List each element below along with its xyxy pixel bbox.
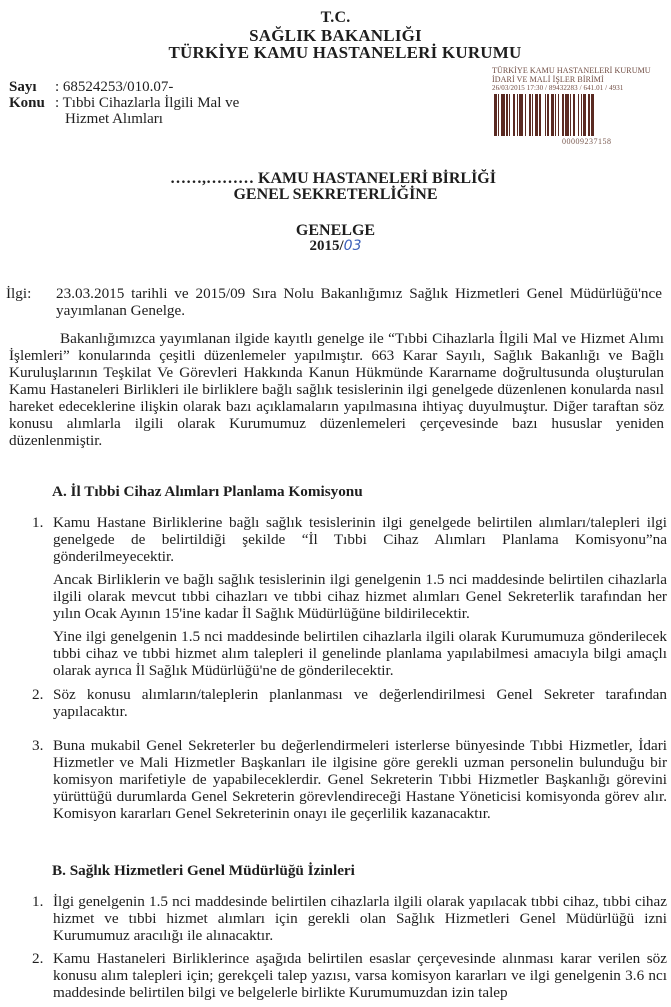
section-a-item-1-para-2: Ancak Birliklerin ve bağlı sağlık tesisl… — [53, 571, 667, 622]
body-paragraph: Bakanlığımızca yayımlanan ilgide kayıtlı… — [9, 330, 664, 449]
reference-number: Sayı: 68524253/010.07- — [9, 79, 173, 95]
section-a-item-2: Söz konusu alımların/taleplerin planlanm… — [53, 686, 667, 720]
item-number: 3. — [32, 737, 43, 755]
barcode-number: 00009237158 — [562, 137, 612, 146]
section-a-item-3: Buna mukabil Genel Sekreterler bu değerl… — [53, 737, 667, 822]
item-number: 2. — [32, 686, 43, 704]
section-a-item-1-para-3: Yine ilgi genelgenin 1.5 nci maddesinde … — [53, 628, 667, 679]
header-tc: T.C. — [0, 9, 671, 27]
konu-value: : Tıbbi Cihazlarla İlgili Mal ve — [55, 95, 239, 111]
item-number: 1. — [32, 893, 43, 911]
ilgi-label: İlgi: — [6, 285, 31, 303]
header-institution: TÜRKİYE KAMU HASTANELERİ KURUMU — [0, 43, 671, 63]
circular-number: 2015/03 — [0, 238, 671, 255]
handwritten-number: 03 — [344, 238, 362, 254]
stamp-registry-info: 26/03/2015 17:30 / 89432283 / 641.01 / 4… — [492, 84, 671, 93]
sayi-label: Sayı — [9, 79, 55, 95]
subject-continued: Hizmet Alımları — [65, 111, 163, 127]
registry-stamp: TÜRKİYE KAMU HASTANELERİ KURUMU İDARİ VE… — [492, 66, 671, 150]
section-a-item-1: Kamu Hastane Birliklerine bağlı sağlık t… — [53, 514, 667, 565]
section-a-heading: A. İl Tıbbi Cihaz Alımları Planlama Komi… — [52, 483, 363, 501]
subject: Konu: Tıbbi Cihazlarla İlgili Mal ve — [9, 95, 239, 111]
circular-number-prefix: 2015/ — [310, 238, 344, 254]
ilgi-text: 23.03.2015 tarihli ve 2015/09 Sıra Nolu … — [56, 285, 662, 319]
section-b-heading: B. Sağlık Hizmetleri Genel Müdürlüğü İzi… — [52, 862, 355, 880]
section-b-item-1: İlgi genelgenin 1.5 nci maddesinde belir… — [53, 893, 667, 944]
addressee-line2: GENEL SEKRETERLİĞİNE — [0, 186, 671, 204]
stamp-unit: İDARİ VE MALİ İŞLER BİRİMİ — [492, 75, 671, 84]
item-number: 1. — [32, 514, 43, 532]
konu-label: Konu — [9, 95, 55, 111]
section-b-item-2: Kamu Hastaneleri Birliklerince aşağıda b… — [53, 950, 667, 1001]
barcode — [494, 94, 671, 136]
sayi-value: : 68524253/010.07- — [55, 79, 173, 95]
item-number: 2. — [32, 950, 43, 968]
stamp-institution: TÜRKİYE KAMU HASTANELERİ KURUMU — [492, 66, 671, 75]
